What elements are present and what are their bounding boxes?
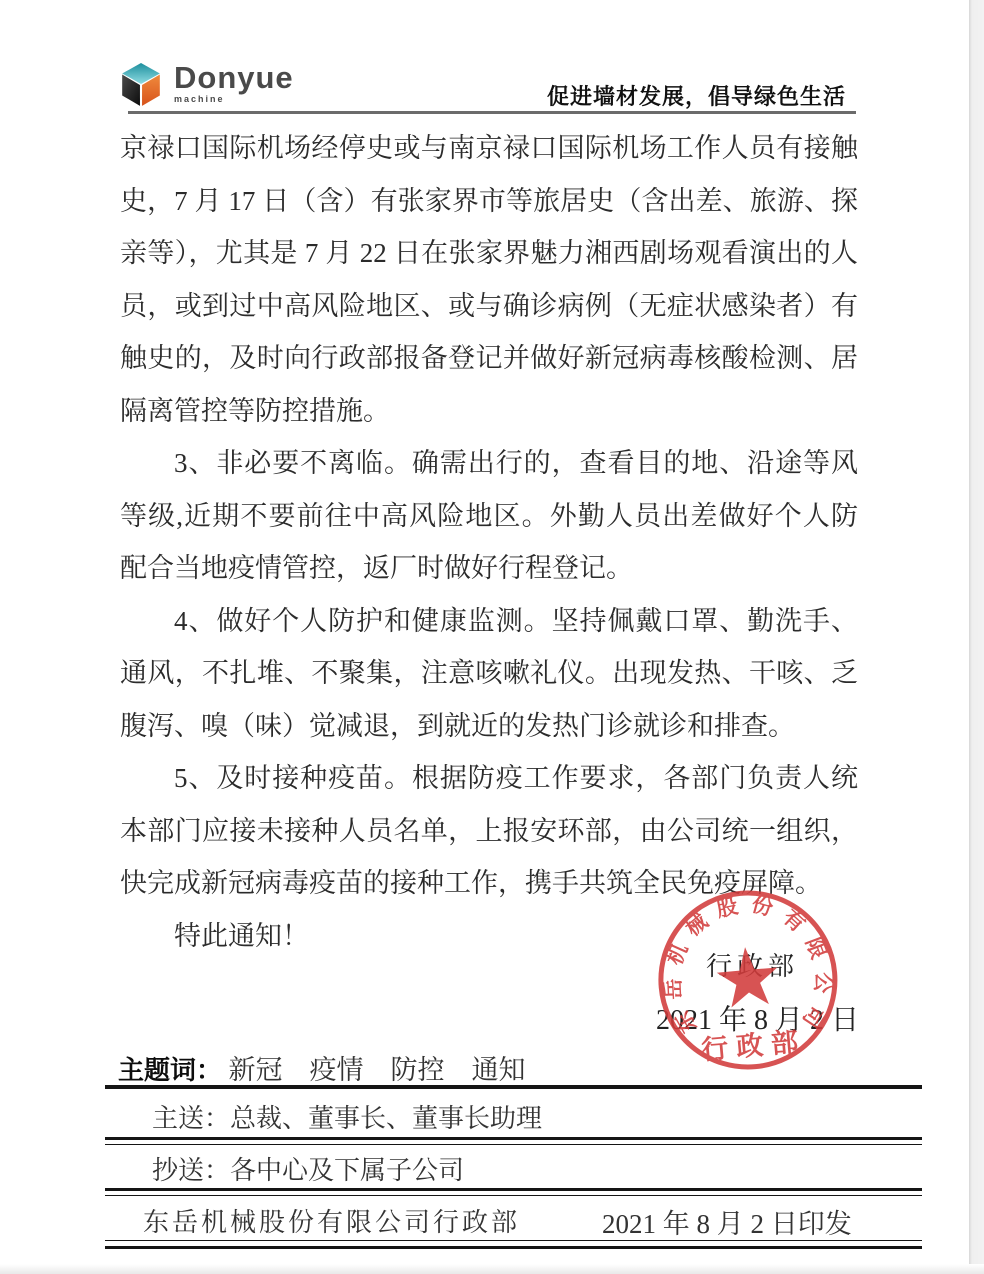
body-line: 3、非必要不离临。确需出行的，查看目的地、沿途等风险: [120, 437, 858, 490]
document-page: Donyue machine 促进墙材发展，倡导绿色生活 京禄口国际机场经停史或…: [0, 0, 984, 1274]
subject-keywords-row: 主题词： 新冠 疫情 防控 通知: [118, 1048, 526, 1087]
body-line: 快完成新冠病毒疫苗的接种工作，携手共筑全民免疫屏障。: [120, 857, 858, 910]
body-line: 配合当地疫情管控，返厂时做好行程登记。: [120, 542, 858, 595]
body-line: 隔离管控等防控措施。: [120, 385, 858, 438]
header-slogan: 促进墙材发展，倡导绿色生活: [547, 80, 846, 111]
issuing-department: 东岳机械股份有限公司行政部: [143, 1202, 520, 1239]
signature-date: 2021 年 8 月 2 日: [656, 998, 859, 1038]
cc-recipients-row: 抄送：各中心及下属子公司: [152, 1150, 464, 1187]
footer-rule-1: [105, 1085, 922, 1089]
subject-keywords-label: 主题词：: [118, 1055, 222, 1085]
footer-rule-2: [105, 1137, 922, 1145]
logo-sub-text: machine: [174, 95, 294, 104]
body-line: 4、做好个人防护和健康监测。坚持佩戴口罩、勤洗手、常: [120, 595, 858, 648]
body-line: 本部门应接未接种人员名单，上报安环部，由公司统一组织，尽: [120, 805, 858, 858]
logo-cube-icon: [120, 62, 162, 108]
footer-rule-3: [105, 1188, 922, 1196]
main-recipients-row: 主送：总裁、董事长、董事长助理: [152, 1098, 542, 1135]
print-date: 2021 年 8 月 2 日印发: [602, 1202, 852, 1241]
body-line: 通风，不扎堆、不聚集，注意咳嗽礼仪。出现发热、干咳、乏力、: [120, 647, 858, 700]
logo-wordmark: Donyue machine: [174, 62, 294, 104]
body-line: 史，7 月 17 日（含）有张家界市等旅居史（含出差、旅游、探: [120, 175, 858, 228]
body-line: 触史的，及时向行政部报备登记并做好新冠病毒核酸检测、居家: [120, 332, 858, 385]
logo-brand-text: Donyue: [174, 62, 294, 93]
page-scan-bottom-edge: [0, 1264, 984, 1274]
page-scan-right-edge: [969, 0, 984, 1274]
body-line: 等级,近期不要前往中高风险地区。外勤人员出差做好个人防护，: [120, 490, 858, 543]
notice-body: 京禄口国际机场经停史或与南京禄口国际机场工作人员有接触 史，7 月 17 日（含…: [120, 122, 858, 962]
body-line: 亲等），尤其是 7 月 22 日在张家界魅力湘西剧场观看演出的人: [120, 227, 858, 280]
body-line: 员，或到过中高风险地区、或与确诊病例（无症状感染者）有接: [120, 280, 858, 333]
body-line: 5、及时接种疫苗。根据防疫工作要求，各部门负责人统计: [120, 752, 858, 805]
signature-department: 行政部: [706, 946, 799, 983]
header-rule: [128, 111, 856, 114]
footer-rule-4: [105, 1240, 922, 1249]
body-line: 腹泻、嗅（味）觉减退，到就近的发热门诊就诊和排查。: [120, 700, 858, 753]
subject-keywords-value: 新冠 疫情 防控 通知: [229, 1055, 526, 1085]
body-line: 京禄口国际机场经停史或与南京禄口国际机场工作人员有接触: [120, 122, 858, 175]
company-logo: Donyue machine: [120, 62, 294, 108]
